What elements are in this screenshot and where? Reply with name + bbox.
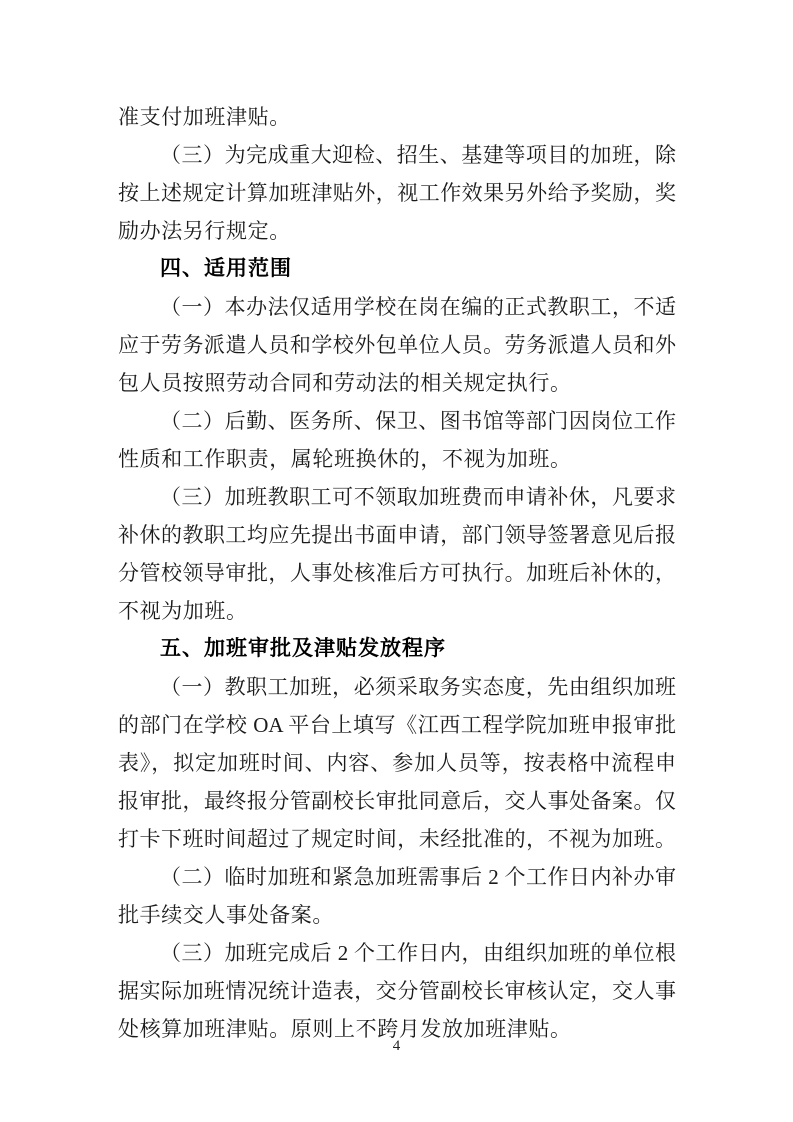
text-line: 包人员按照劳动合同和劳动法的相关规定执行。 — [118, 364, 676, 402]
text-line: 据实际加班情况统计造表，交分管副校长审核认定，交人事 — [118, 972, 676, 1010]
text-line: 补休的教职工均应先提出书面申请，部门领导签署意见后报 — [118, 516, 676, 554]
text-line: 性质和工作职责，属轮班换休的，不视为加班。 — [118, 440, 676, 478]
document-page: 准支付加班津贴。（三）为完成重大迎检、招生、基建等项目的加班，除按上述规定计算加… — [0, 0, 793, 1122]
section-heading: 四、适用范围 — [118, 250, 676, 288]
text-line: 不视为加班。 — [118, 592, 676, 630]
text-line: （三）加班完成后 2 个工作日内，由组织加班的单位根 — [118, 934, 676, 972]
text-line: 打卡下班时间超过了规定时间，未经批准的，不视为加班。 — [118, 820, 676, 858]
page-number: 4 — [0, 1036, 793, 1056]
text-line: （三）加班教职工可不领取加班费而申请补休，凡要求 — [118, 478, 676, 516]
text-line: （二）临时加班和紧急加班需事后 2 个工作日内补办审 — [118, 858, 676, 896]
text-line: （一）教职工加班，必须采取务实态度，先由组织加班 — [118, 668, 676, 706]
text-line: 励办法另行规定。 — [118, 212, 676, 250]
text-line: （三）为完成重大迎检、招生、基建等项目的加班，除 — [118, 136, 676, 174]
text-line: 应于劳务派遣人员和学校外包单位人员。劳务派遣人员和外 — [118, 326, 676, 364]
text-line: 批手续交人事处备案。 — [118, 896, 676, 934]
document-body: 准支付加班津贴。（三）为完成重大迎检、招生、基建等项目的加班，除按上述规定计算加… — [118, 98, 676, 1048]
text-line: 按上述规定计算加班津贴外，视工作效果另外给予奖励，奖 — [118, 174, 676, 212]
text-line: 表》，拟定加班时间、内容、参加人员等，按表格中流程申 — [118, 744, 676, 782]
text-line: （二）后勤、医务所、保卫、图书馆等部门因岗位工作 — [118, 402, 676, 440]
text-line: 分管校领导审批，人事处核准后方可执行。加班后补休的， — [118, 554, 676, 592]
text-line: 准支付加班津贴。 — [118, 98, 676, 136]
section-heading: 五、加班审批及津贴发放程序 — [118, 630, 676, 668]
text-line: 报审批，最终报分管副校长审批同意后，交人事处备案。仅 — [118, 782, 676, 820]
text-line: 的部门在学校 OA 平台上填写《江西工程学院加班申报审批 — [118, 706, 676, 744]
text-line: （一）本办法仅适用学校在岗在编的正式教职工，不适 — [118, 288, 676, 326]
